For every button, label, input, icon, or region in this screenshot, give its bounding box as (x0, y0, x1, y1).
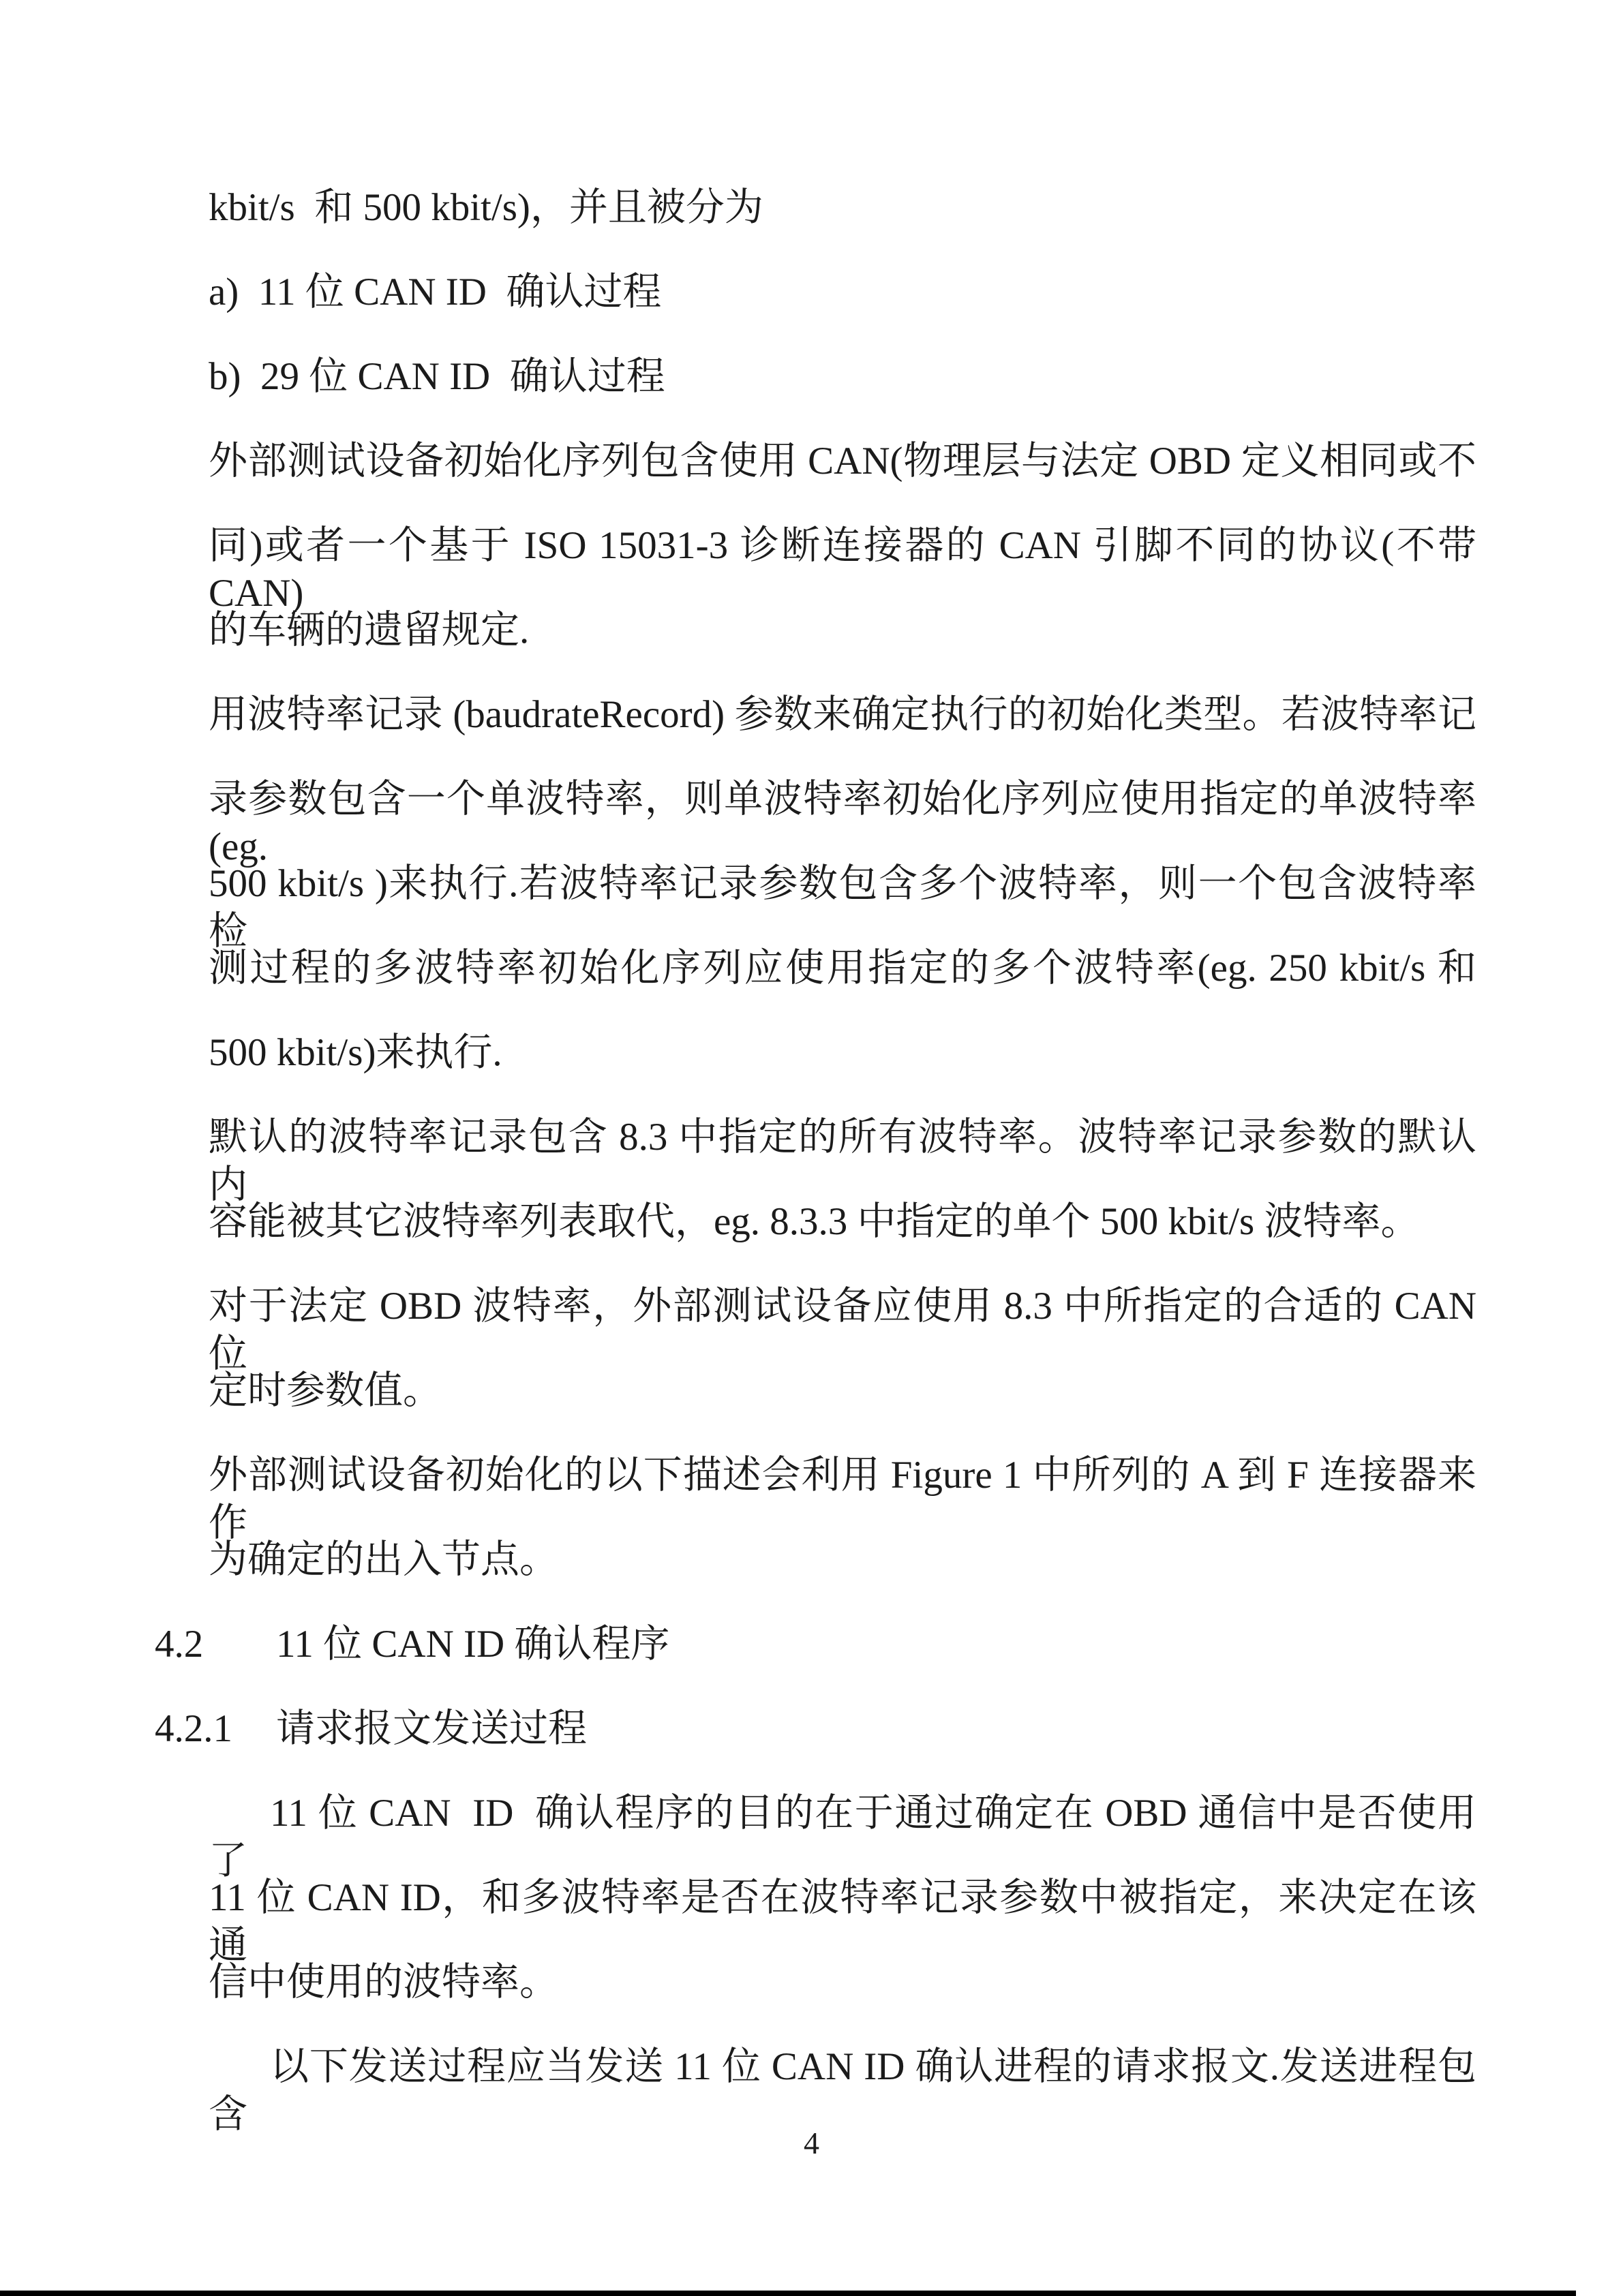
text-line: 11 位 CAN ID 确认程序的目的在于通过确定在 OBD 通信中是否使用了 (209, 1790, 1476, 1885)
text-line: 信中使用的波特率。 (209, 1959, 1476, 2006)
list-item-a: a) 11 位 CAN ID 确认过程 (209, 269, 1476, 316)
text-line: 测过程的多波特率初始化序列应使用指定的多个波特率(eg. 250 kbit/s … (209, 945, 1476, 992)
text-line: 录参数包含一个单波特率，则单波特率初始化序列应使用指定的单波特率(eg. (209, 776, 1476, 871)
text-line: 为确定的出入节点。 (209, 1536, 1476, 1584)
section-heading-4-2-1: 4.2.1请求报文发送过程 (155, 1705, 1477, 1753)
text-line: 容能被其它波特率列表取代，eg. 8.3.3 中指定的单个 500 kbit/s… (209, 1198, 1476, 1246)
text-line: 同)或者一个基于 ISO 15031-3 诊断连接器的 CAN 引脚不同的协议(… (209, 522, 1476, 617)
text-line: 外部测试设备初始化序列包含使用 CAN(物理层与法定 OBD 定义相同或不 (209, 438, 1476, 485)
bottom-edge-bar (0, 2291, 1576, 2296)
page-number: 4 (0, 2125, 1623, 2162)
section-title: 11 位 CAN ID 确认程序 (276, 1623, 669, 1666)
text-line: 默认的波特率记录包含 8.3 中指定的所有波特率。波特率记录参数的默认内 (209, 1114, 1476, 1209)
text-line: 500 kbit/s)来执行. (209, 1029, 1476, 1077)
text-line: 500 kbit/s )来执行.若波特率记录参数包含多个波特率，则一个包含波特率… (209, 860, 1476, 955)
text-line: kbit/s 和 500 kbit/s)，并且被分为 (209, 184, 1476, 232)
text-line: 11 位 CAN ID，和多波特率是否在波特率记录参数中被指定，来决定在该通 (209, 1874, 1476, 1970)
text-line: 用波特率记录 (baudrateRecord) 参数来确定执行的初始化类型。若波… (209, 691, 1476, 739)
section-title: 请求报文发送过程 (276, 1707, 587, 1750)
section-number: 4.2 (155, 1621, 276, 1668)
text-line: 对于法定 OBD 波特率，外部测试设备应使用 8.3 中所指定的合适的 CAN … (209, 1283, 1476, 1378)
section-heading-4-2: 4.211 位 CAN ID 确认程序 (155, 1621, 1477, 1668)
text-line: 外部测试设备初始化的以下描述会利用 Figure 1 中所列的 A 到 F 连接… (209, 1452, 1476, 1547)
section-number: 4.2.1 (155, 1705, 276, 1753)
text-line: 的车辆的遗留规定. (209, 607, 1476, 654)
text-line: 定时参数值。 (209, 1367, 1476, 1415)
text-line: 以下发送过程应当发送 11 位 CAN ID 确认进程的请求报文.发送进程包含 (209, 2043, 1476, 2139)
list-item-b: b) 29 位 CAN ID 确认过程 (209, 353, 1476, 401)
document-page: kbit/s 和 500 kbit/s)，并且被分为 a) 11 位 CAN I… (0, 0, 1623, 2296)
